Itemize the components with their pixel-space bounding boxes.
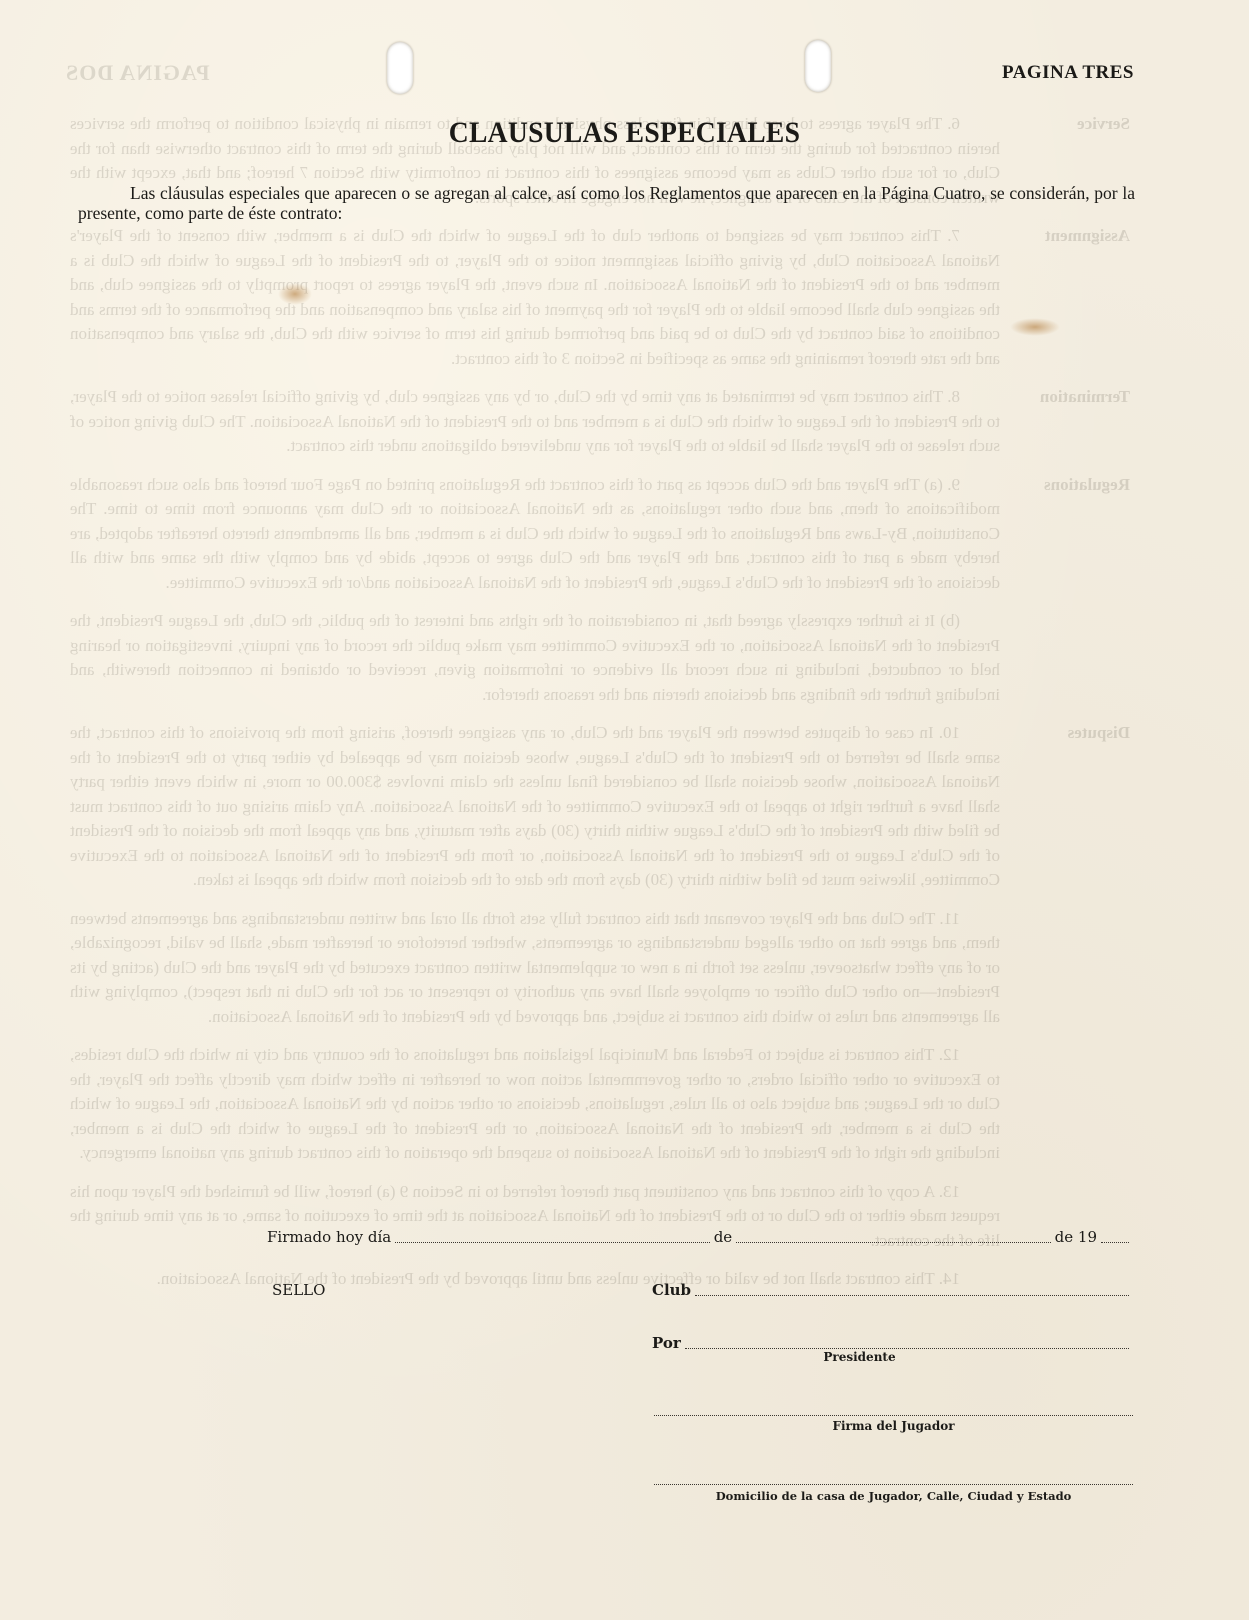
reverse-page-label: PAGINA DOS — [65, 60, 210, 86]
seal-label: SELLO — [272, 1281, 325, 1299]
year-field[interactable] — [1101, 1242, 1129, 1243]
signed-label: Firmado hoy día — [267, 1228, 391, 1246]
year-label: de 19 — [1055, 1228, 1097, 1246]
club-field[interactable] — [695, 1295, 1129, 1296]
club-label: Club — [652, 1281, 691, 1299]
president-signature-field[interactable] — [685, 1348, 1129, 1349]
page-title: CLAUSULAS ESPECIALES — [50, 116, 1199, 150]
seal-label-wrap: SELLO — [272, 1281, 325, 1299]
punch-hole — [805, 40, 831, 92]
page-label: PAGINA TRES — [1002, 62, 1134, 84]
month-label: de — [714, 1228, 732, 1246]
signed-date-row: Firmado hoy día de de 19 — [267, 1228, 1133, 1246]
address-field[interactable] — [654, 1484, 1133, 1485]
club-row: Club — [652, 1281, 1133, 1299]
stain — [1010, 318, 1060, 336]
president-caption: Presidente — [620, 1350, 1099, 1364]
player-signature-field[interactable] — [654, 1415, 1133, 1416]
player-signature-caption: Firma del Jugador — [654, 1419, 1133, 1433]
address-caption: Domicilio de la casa de Jugador, Calle, … — [654, 1489, 1133, 1503]
day-field[interactable] — [395, 1242, 709, 1243]
month-field[interactable] — [736, 1242, 1050, 1243]
paper-background — [0, 0, 1249, 1620]
stain — [278, 283, 312, 305]
punch-hole — [387, 42, 413, 94]
intro-paragraph: Las cláusulas especiales que aparecen o … — [78, 183, 1135, 223]
